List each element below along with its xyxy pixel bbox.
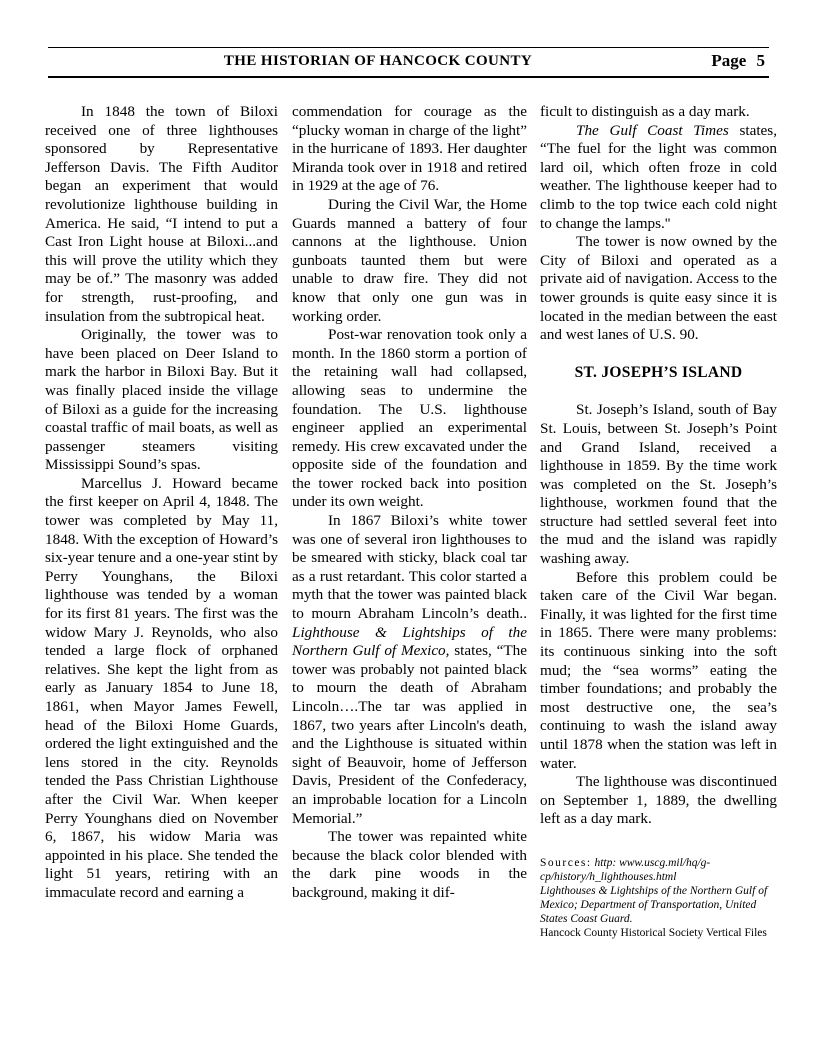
- paragraph-st-josephs-lighthouse: St. Joseph’s Island, south of Bay St. Lo…: [540, 401, 777, 568]
- publication-title-italic: The Gulf Coast Times: [576, 122, 729, 139]
- column-2: commendation for courage as the “plucky …: [292, 103, 527, 903]
- paragraph-keepers: Marcellus J. Howard became the first kee…: [45, 475, 278, 903]
- paragraph-text: The tower is now owned by the City of Bi…: [540, 233, 777, 343]
- paragraph-discontinued: The lighthouse was discontinued on Septe…: [540, 773, 777, 829]
- paragraph-text: commendation for courage as the “plucky …: [292, 103, 527, 194]
- column-3: ficult to distinguish as a day mark. The…: [540, 103, 777, 940]
- sources-society-text: Hancock County Historical Society Vertic…: [540, 927, 767, 939]
- paragraph-text: The tower was repainted white because th…: [292, 828, 527, 901]
- paragraph-text: ficult to distinguish as a day mark.: [540, 103, 750, 120]
- column-1: In 1848 the town of Biloxi received one …: [45, 103, 278, 903]
- paragraph-biloxi-1848: In 1848 the town of Biloxi received one …: [45, 103, 278, 326]
- paragraph-city-of-biloxi: The tower is now owned by the City of Bi…: [540, 233, 777, 345]
- header-rule-top: [48, 47, 769, 48]
- paragraph-day-mark: ficult to distinguish as a day mark.: [540, 103, 777, 122]
- paragraph-text: states, “The tower was probably not pain…: [292, 642, 527, 826]
- sources-line-book: Lighthouses & Lightships of the Northern…: [540, 884, 777, 926]
- paragraph-deer-island: Originally, the tower was to have been p…: [45, 326, 278, 475]
- sources-line-society: Hancock County Historical Society Vertic…: [540, 926, 777, 940]
- paragraph-text: The lighthouse was discontinued on Septe…: [540, 773, 777, 827]
- paragraph-repainted-white: The tower was repainted white because th…: [292, 828, 527, 902]
- newsletter-page: THE HISTORIAN OF HANCOCK COUNTY Page 5 I…: [0, 0, 816, 1056]
- page-number: Page 5: [711, 51, 765, 71]
- paragraph-problems: Before this problem could be taken care …: [540, 569, 777, 774]
- paragraph-civil-war-battery: During the Civil War, the Home Guards ma…: [292, 196, 527, 326]
- sources-block: Sources: http: www.uscg.mil/hq/g-cp/hist…: [540, 856, 777, 940]
- section-heading-st-josephs-island: ST. JOSEPH’S ISLAND: [540, 364, 777, 383]
- paragraph-text: Originally, the tower was to have been p…: [45, 326, 278, 473]
- paragraph-postwar-renovation: Post-war renovation took only a month. I…: [292, 326, 527, 512]
- paragraph-text: St. Joseph’s Island, south of Bay St. Lo…: [540, 401, 777, 567]
- paragraph-text: Marcellus J. Howard became the first kee…: [45, 475, 278, 901]
- paragraph-text: During the Civil War, the Home Guards ma…: [292, 196, 527, 325]
- paragraph-coal-tar-myth: In 1867 Biloxi’s white tower was one of …: [292, 512, 527, 828]
- sources-label: Sources:: [540, 857, 592, 869]
- paragraph-commendation: commendation for courage as the “plucky …: [292, 103, 527, 196]
- paragraph-text: Post-war renovation took only a month. I…: [292, 326, 527, 510]
- page-title: THE HISTORIAN OF HANCOCK COUNTY: [48, 53, 708, 70]
- header-rule-bottom: [48, 76, 769, 78]
- sources-book-italic: Lighthouses & Lightships of the Northern…: [540, 885, 767, 925]
- paragraph-text: In 1848 the town of Biloxi received one …: [45, 103, 278, 325]
- sources-line-url: Sources: http: www.uscg.mil/hq/g-cp/hist…: [540, 856, 777, 884]
- paragraph-text: In 1867 Biloxi’s white tower was one of …: [292, 512, 527, 622]
- paragraph-gulf-coast-times: The Gulf Coast Times states, “The fuel f…: [540, 122, 777, 234]
- paragraph-text: Before this problem could be taken care …: [540, 569, 777, 772]
